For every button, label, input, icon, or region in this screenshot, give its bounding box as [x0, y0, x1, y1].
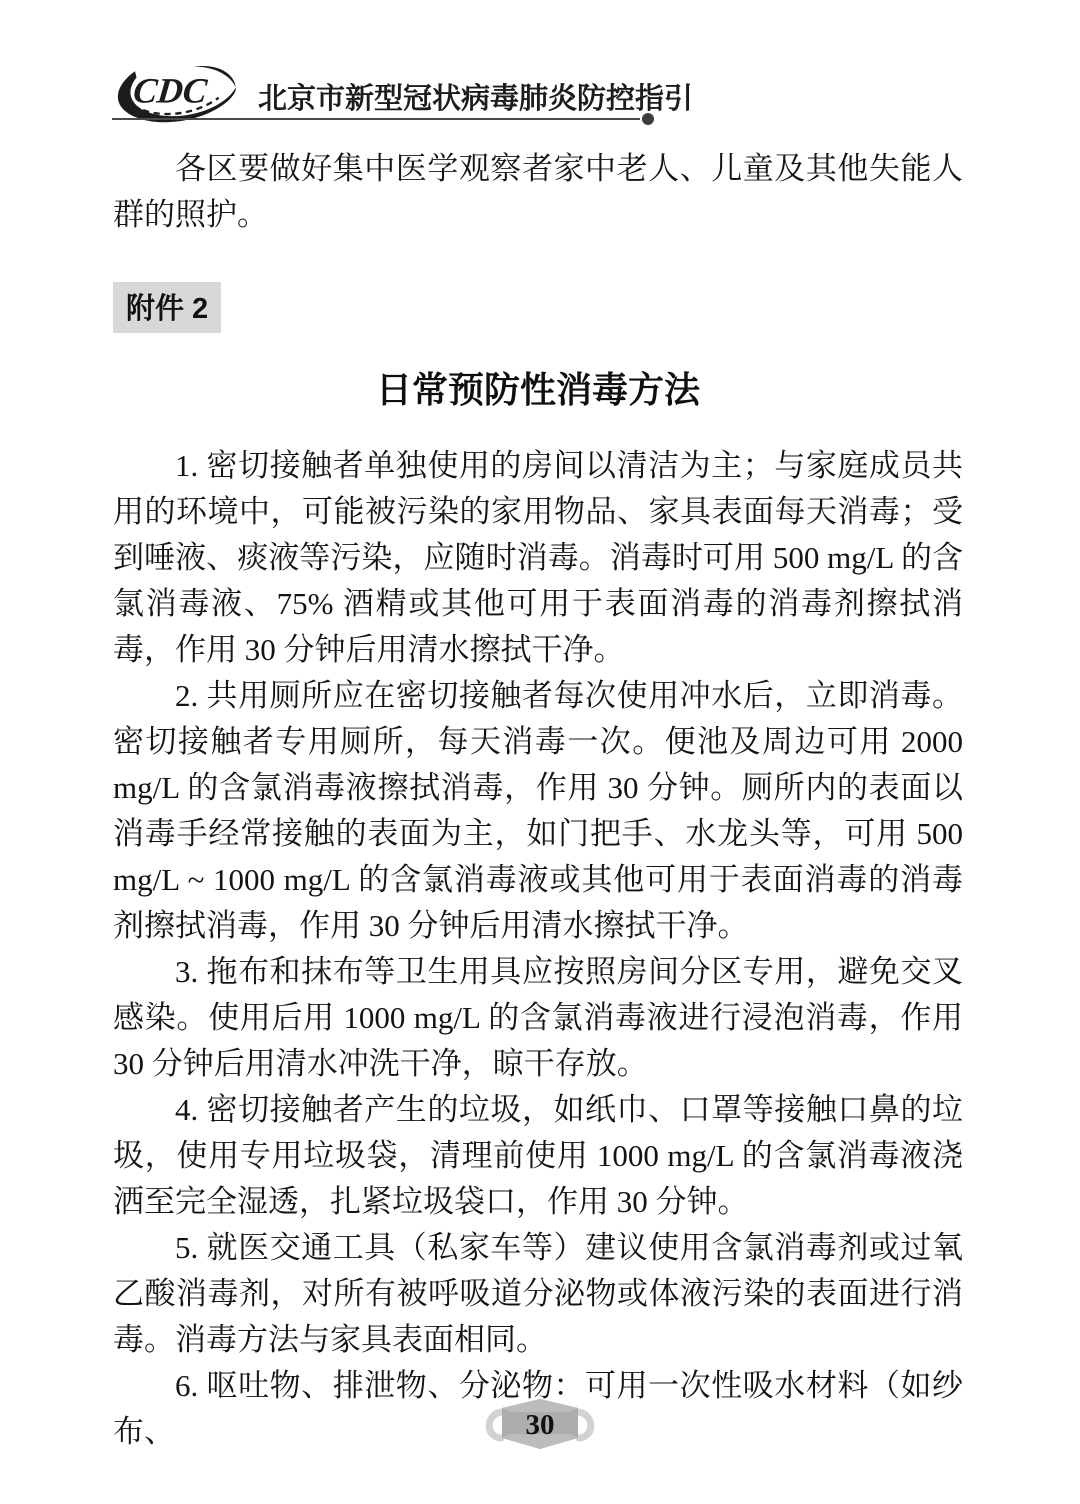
document-body: 各区要做好集中医学观察者家中老人、儿童及其他失能人群的照护。 附件 2 日常预防… — [113, 146, 963, 1455]
section-title: 日常预防性消毒方法 — [113, 369, 963, 411]
page-header-title: 北京市新型冠状病毒肺炎防控指引 — [258, 76, 693, 117]
list-item: 5. 就医交通工具（私家车等）建议使用含氯消毒剂或过氧乙酸消毒剂，对所有被呼吸道… — [113, 1225, 963, 1363]
face-mask-icon: 30 — [481, 1396, 599, 1454]
page-number: 30 — [526, 1409, 555, 1441]
header-divider — [112, 118, 640, 120]
list-item: 1. 密切接触者单独使用的房间以清洁为主；与家庭成员共用的环境中，可能被污染的家… — [113, 443, 963, 673]
cdc-logo-letters: CDC — [131, 70, 210, 110]
list-item: 2. 共用厕所应在密切接触者每次使用冲水后，立即消毒。密切接触者专用厕所，每天消… — [113, 673, 963, 949]
disinfection-method-list: 1. 密切接触者单独使用的房间以清洁为主；与家庭成员共用的环境中，可能被污染的家… — [113, 443, 963, 1455]
attachment-label: 附件 2 — [113, 282, 221, 333]
cdc-logo-icon: CDC — [108, 62, 248, 124]
list-item: 3. 拖布和抹布等卫生用具应按照房间分区专用，避免交叉感染。使用后用 1000 … — [113, 949, 963, 1087]
document-page: CDC 北京市新型冠状病毒肺炎防控指引 各区要做好集中医学观察者家中老人、儿童及… — [0, 0, 1080, 1504]
divider-end-dot-icon — [642, 113, 654, 125]
list-item: 4. 密切接触者产生的垃圾，如纸巾、口罩等接触口鼻的垃圾，使用专用垃圾袋，清理前… — [113, 1087, 963, 1225]
intro-paragraph: 各区要做好集中医学观察者家中老人、儿童及其他失能人群的照护。 — [113, 146, 963, 238]
